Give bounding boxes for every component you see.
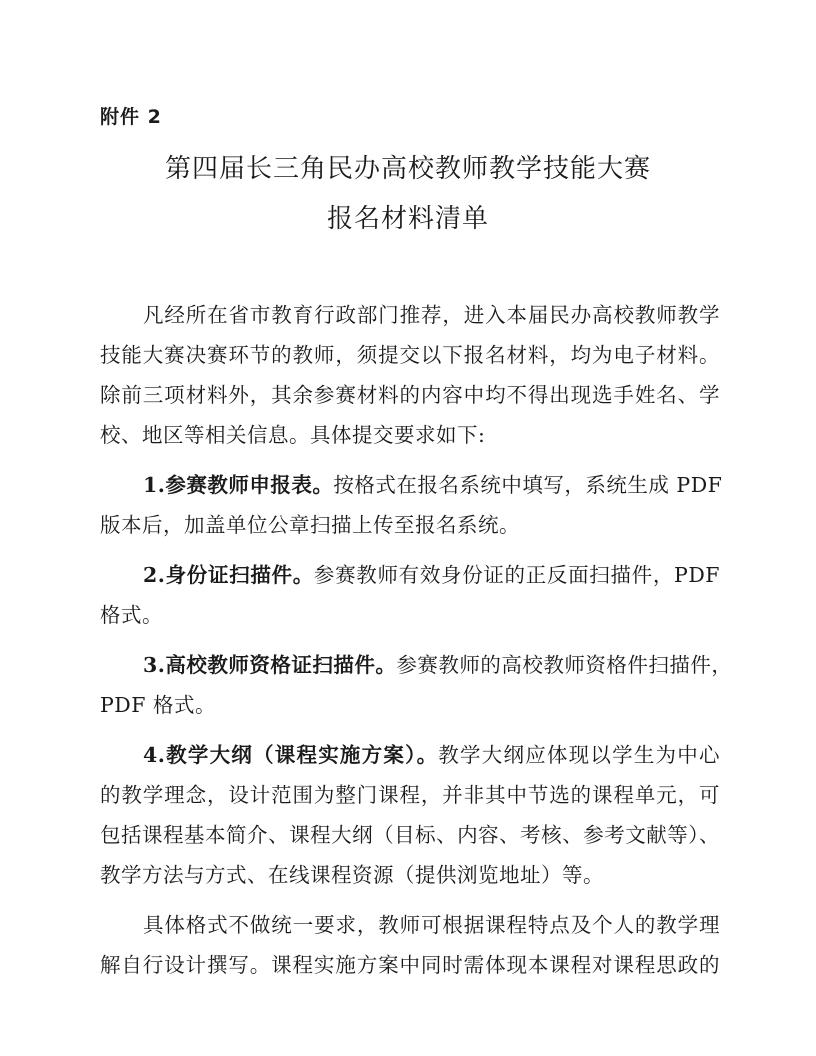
item-text: 教学方法与方式、在线课程资源（提供浏览地址）等。 — [100, 858, 720, 888]
item-heading: 2.身份证扫描件。 — [143, 563, 314, 587]
intro-line: 凡经所在省市教育行政部门推荐，进入本届民办高校教师教学 — [143, 298, 720, 328]
closing-line: 具体格式不做统一要求，教师可根据课程特点及个人的教学理 — [143, 908, 720, 938]
item-heading: 4.教学大纲（课程实施方案）。 — [143, 743, 438, 767]
intro-line: 技能大赛决赛环节的教师，须提交以下报名材料，均为电子材料。 — [100, 338, 720, 368]
item-text: 参赛教师的高校教师资格件扫描件， — [396, 653, 732, 677]
item-text: 参赛教师有效身份证的正反面扫描件，PDF — [314, 563, 720, 587]
item-text: 按格式在报名系统中填写，系统生成 PDF — [333, 473, 722, 497]
intro-line: 校、地区等相关信息。具体提交要求如下: — [100, 418, 720, 448]
attachment-label: 附件 2 — [100, 102, 162, 129]
item-text: 的教学理念，设计范围为整门课程，并非其中节选的课程单元，可 — [100, 778, 720, 808]
item-text: 教学大纲应体现以学生为中心 — [438, 743, 720, 767]
closing-line: 解自行设计撰写。课程实施方案中同时需体现本课程对课程思政的 — [100, 948, 720, 978]
item-text: 版本后，加盖单位公章扫描上传至报名系统。 — [100, 508, 720, 538]
item-heading: 3.高校教师资格证扫描件。 — [143, 653, 396, 677]
intro-line: 除前三项材料外，其余参赛材料的内容中均不得出现选手姓名、学 — [100, 378, 720, 408]
item-text: 格式。 — [100, 598, 720, 628]
item-heading: 1.参赛教师申报表。 — [143, 473, 333, 497]
page-title: 第四届长三角民办高校教师教学技能大赛 — [0, 148, 816, 185]
page-subtitle: 报名材料清单 — [0, 198, 816, 235]
item-text: 包括课程基本简介、课程大纲（目标、内容、考核、参考文献等）、 — [100, 818, 720, 848]
item-text: PDF 格式。 — [100, 688, 720, 718]
document-page: 附件 2 第四届长三角民办高校教师教学技能大赛 报名材料清单 凡经所在省市教育行… — [0, 0, 816, 1056]
